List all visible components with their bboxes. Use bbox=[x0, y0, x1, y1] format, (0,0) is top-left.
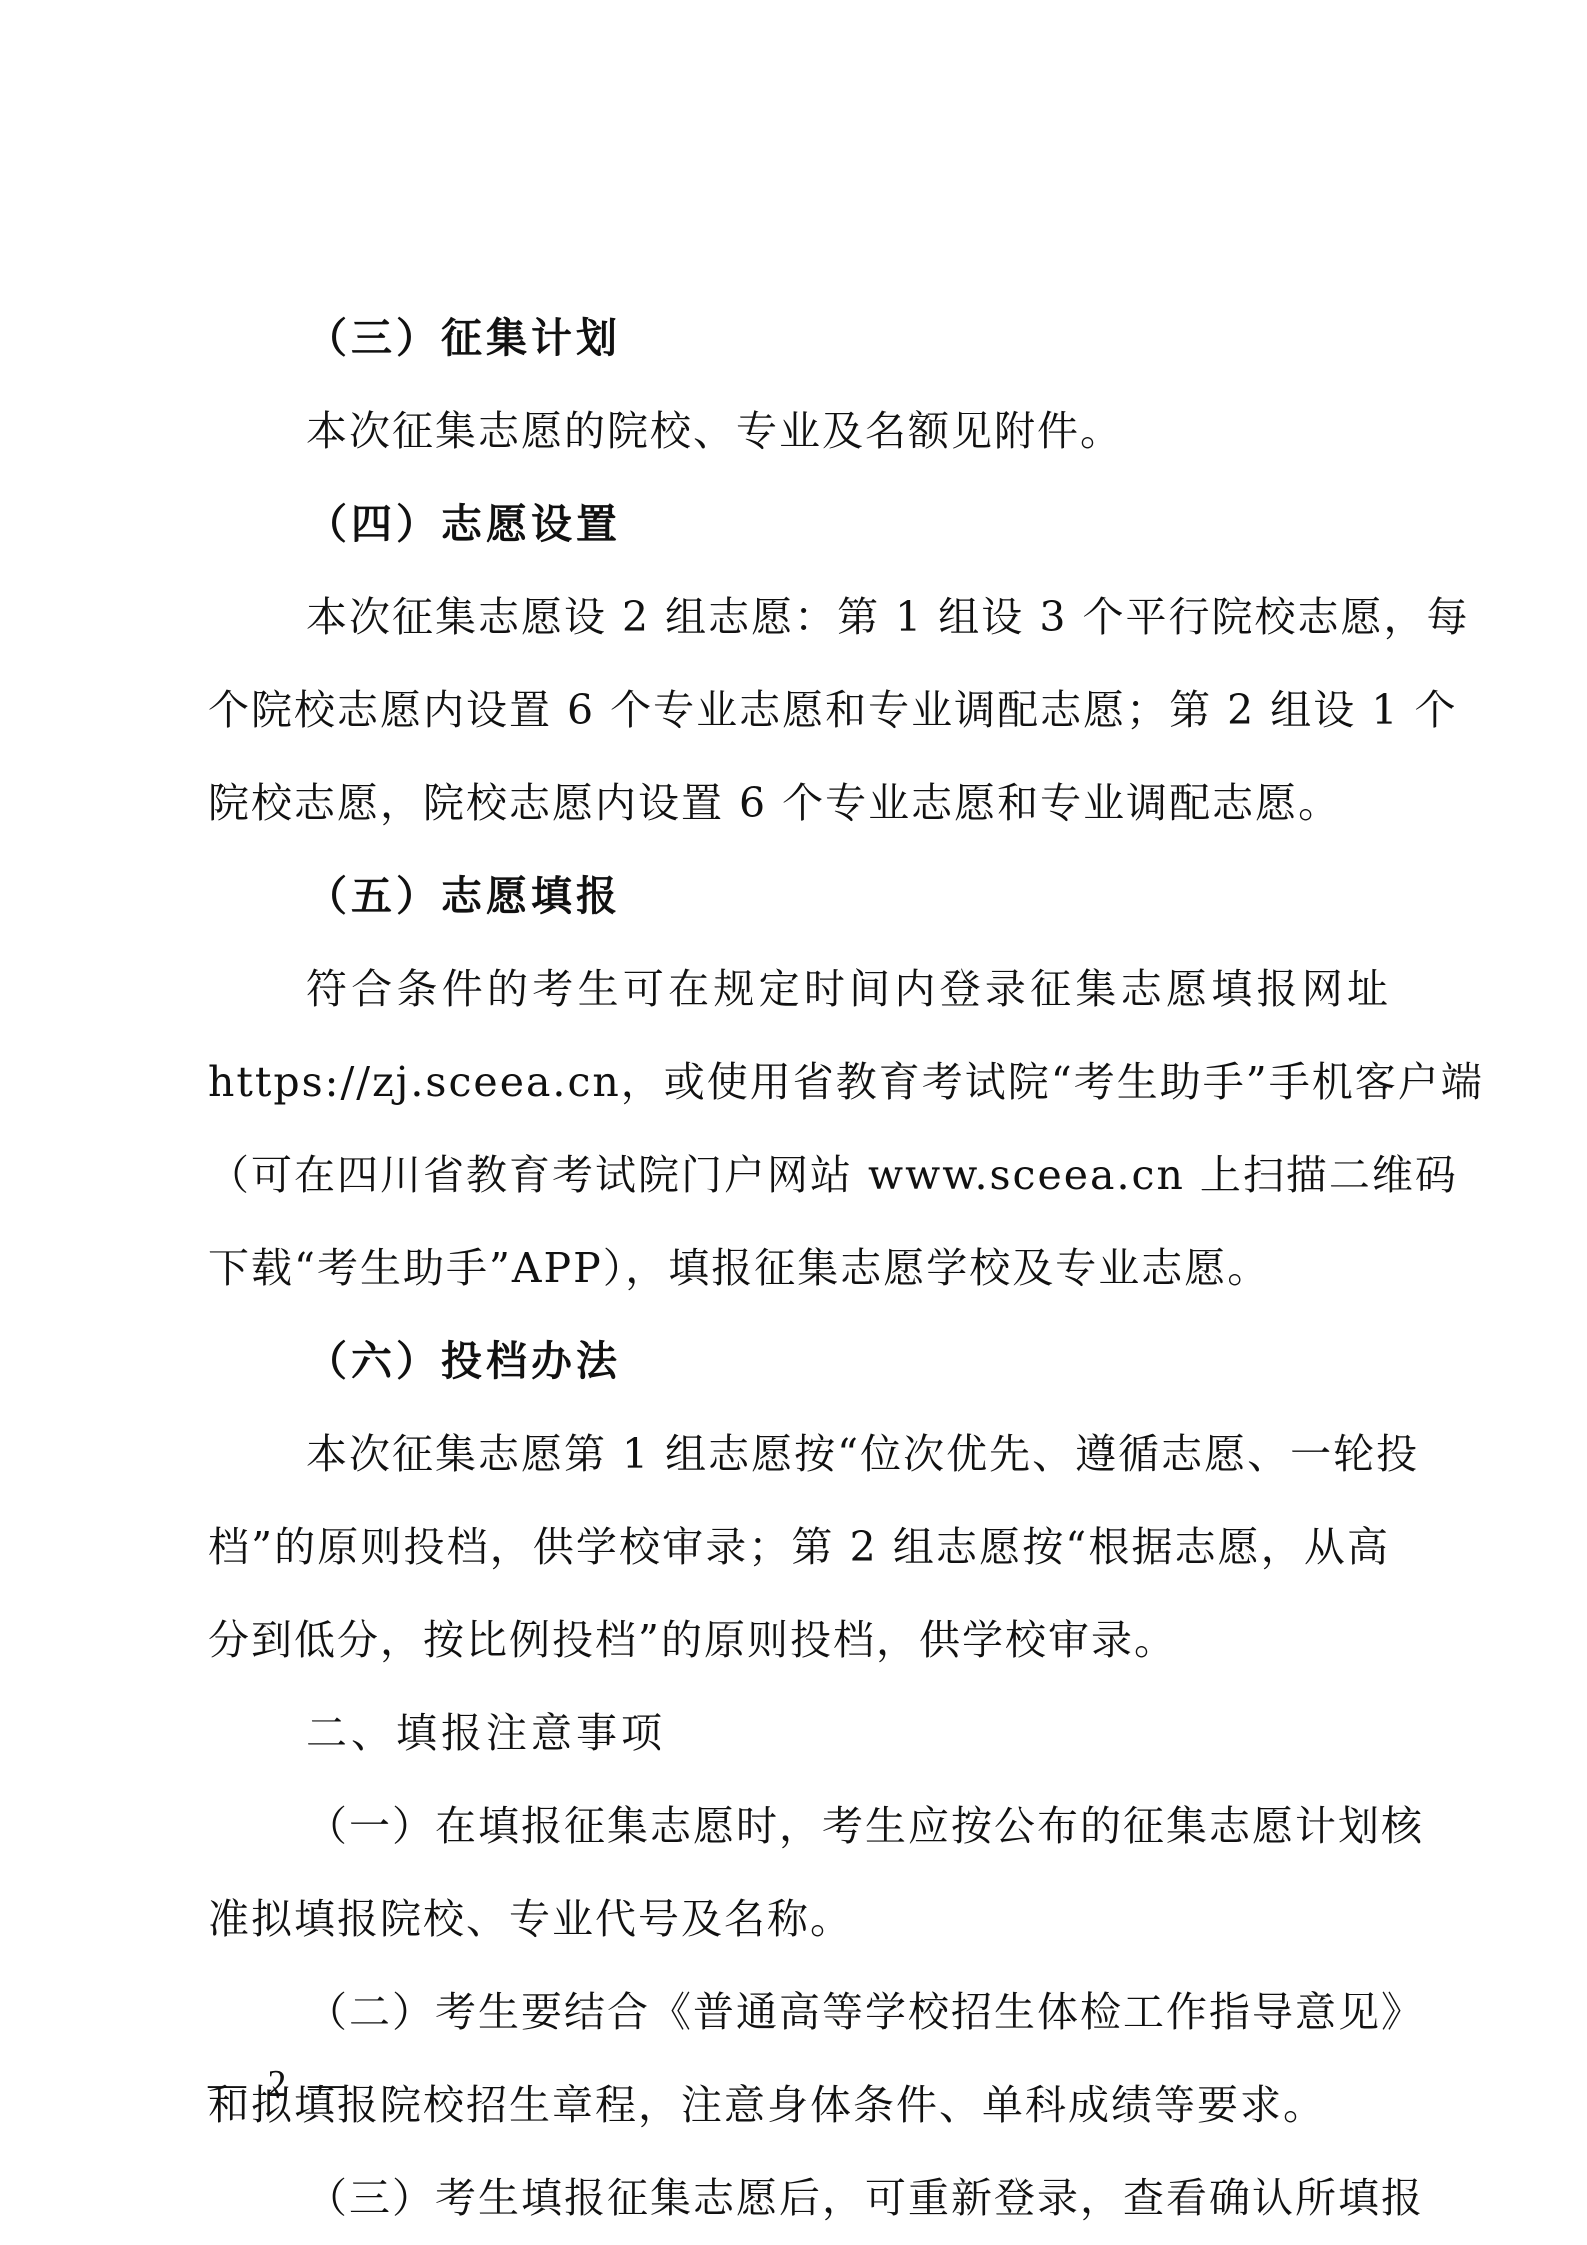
paragraph-line: 本次征集志愿的院校、专业及名额见附件。 bbox=[208, 385, 1390, 478]
paragraph-line: 院校志愿，院校志愿内设置 6 个专业志愿和专业调配志愿。 bbox=[208, 757, 1390, 850]
section-heading-admission-method: （六）投档办法 bbox=[208, 1315, 1390, 1408]
paragraph-line: 符合条件的考生可在规定时间内登录征集志愿填报网址 bbox=[208, 943, 1390, 1036]
paragraph-line: 下载“考生助手”APP），填报征集志愿学校及专业志愿。 bbox=[208, 1222, 1390, 1315]
paragraph-line: 档”的原则投档，供学校审录；第 2 组志愿按“根据志愿，从高 bbox=[208, 1501, 1390, 1594]
paragraph-line: 本次征集志愿设 2 组志愿：第 1 组设 3 个平行院校志愿，每 bbox=[208, 571, 1390, 664]
section-heading-volunteer-setup: （四）志愿设置 bbox=[208, 478, 1390, 571]
paragraph-line: （一）在填报征集志愿时，考生应按公布的征集志愿计划核 bbox=[208, 1780, 1390, 1873]
paragraph-line: 个院校志愿内设置 6 个专业志愿和专业调配志愿；第 2 组设 1 个 bbox=[208, 664, 1390, 757]
paragraph-line: 本次征集志愿第 1 组志愿按“位次优先、遵循志愿、一轮投 bbox=[208, 1408, 1390, 1501]
document-page: （三）征集计划 本次征集志愿的院校、专业及名额见附件。 （四）志愿设置 本次征集… bbox=[0, 0, 1587, 2245]
paragraph-line-with-portal-link[interactable]: https://zj.sceea.cn，或使用省教育考试院“考生助手”手机客户端 bbox=[208, 1036, 1390, 1129]
document-body: （三）征集计划 本次征集志愿的院校、专业及名额见附件。 （四）志愿设置 本次征集… bbox=[208, 292, 1390, 2245]
paragraph-line: （三）考生填报征集志愿后，可重新登录，查看确认所填报 bbox=[208, 2152, 1390, 2245]
paragraph-line: 分到低分，按比例投档”的原则投档，供学校审录。 bbox=[208, 1594, 1390, 1687]
paragraph-line: 和拟填报院校招生章程，注意身体条件、单科成绩等要求。 bbox=[208, 2059, 1390, 2152]
main-heading-notes: 二、填报注意事项 bbox=[208, 1687, 1390, 1780]
page-number: — 2 — bbox=[208, 2062, 352, 2106]
section-heading-recruitment-plan: （三）征集计划 bbox=[208, 292, 1390, 385]
section-heading-volunteer-filling: （五）志愿填报 bbox=[208, 850, 1390, 943]
paragraph-line: （二）考生要结合《普通高等学校招生体检工作指导意见》 bbox=[208, 1966, 1390, 2059]
paragraph-line-with-site-link[interactable]: （可在四川省教育考试院门户网站 www.sceea.cn 上扫描二维码 bbox=[208, 1129, 1390, 1222]
paragraph-line: 准拟填报院校、专业代号及名称。 bbox=[208, 1873, 1390, 1966]
